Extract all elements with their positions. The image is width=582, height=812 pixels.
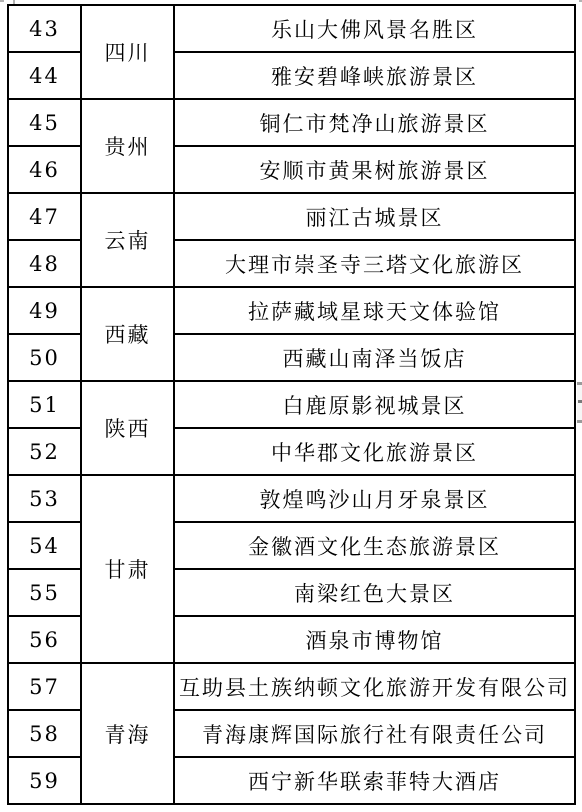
scrollbar-fragment[interactable] xyxy=(577,382,582,423)
site-name-cell: 金徽酒文化生态旅游景区 xyxy=(174,522,575,569)
province-cell: 陕西 xyxy=(81,381,174,475)
province-cell: 青海 xyxy=(81,663,174,804)
table-row: 47云南丽江古城景区 xyxy=(8,193,575,240)
province-cell: 贵州 xyxy=(81,99,174,193)
province-cell: 四川 xyxy=(81,5,174,99)
site-name-cell: 西宁新华联索菲特大酒店 xyxy=(174,757,575,804)
row-number-cell: 46 xyxy=(8,146,81,193)
cropped-border-fragment-top-left xyxy=(0,0,4,2)
site-name-cell: 西藏山南泽当饭店 xyxy=(174,334,575,381)
row-number-cell: 53 xyxy=(8,475,81,522)
row-number-cell: 52 xyxy=(8,428,81,475)
site-name-cell: 拉萨藏域星球天文体验馆 xyxy=(174,287,575,334)
row-number-cell: 43 xyxy=(8,5,81,52)
row-number-cell: 50 xyxy=(8,334,81,381)
row-number-cell: 58 xyxy=(8,710,81,757)
row-number-cell: 47 xyxy=(8,193,81,240)
table-row: 57青海互助县土族纳顿文化旅游开发有限公司 xyxy=(8,663,575,710)
table-row: 43四川乐山大佛风景名胜区 xyxy=(8,5,575,52)
row-number-cell: 51 xyxy=(8,381,81,428)
row-number-cell: 56 xyxy=(8,616,81,663)
row-number-cell: 57 xyxy=(8,663,81,710)
site-name-cell: 酒泉市博物馆 xyxy=(174,616,575,663)
province-cell: 西藏 xyxy=(81,287,174,381)
site-name-cell: 大理市崇圣寺三塔文化旅游区 xyxy=(174,240,575,287)
site-name-cell: 雅安碧峰峡旅游景区 xyxy=(174,52,575,99)
table-row: 51陕西白鹿原影视城景区 xyxy=(8,381,575,428)
document-page: 43四川乐山大佛风景名胜区44雅安碧峰峡旅游景区45贵州铜仁市梵净山旅游景区46… xyxy=(0,0,582,812)
site-name-cell: 互助县土族纳顿文化旅游开发有限公司 xyxy=(174,663,575,710)
row-number-cell: 54 xyxy=(8,522,81,569)
site-name-cell: 南梁红色大景区 xyxy=(174,569,575,616)
province-attractions-table: 43四川乐山大佛风景名胜区44雅安碧峰峡旅游景区45贵州铜仁市梵净山旅游景区46… xyxy=(7,4,576,805)
table-row: 49西藏拉萨藏域星球天文体验馆 xyxy=(8,287,575,334)
scrollbar-thumb-icon[interactable] xyxy=(578,400,582,403)
row-number-cell: 49 xyxy=(8,287,81,334)
row-number-cell: 45 xyxy=(8,99,81,146)
row-number-cell: 48 xyxy=(8,240,81,287)
site-name-cell: 乐山大佛风景名胜区 xyxy=(174,5,575,52)
site-name-cell: 敦煌鸣沙山月牙泉景区 xyxy=(174,475,575,522)
table-row: 53甘肃敦煌鸣沙山月牙泉景区 xyxy=(8,475,575,522)
row-number-cell: 44 xyxy=(8,52,81,99)
scrollbar-cap-top-icon xyxy=(577,382,582,385)
site-name-cell: 白鹿原影视城景区 xyxy=(174,381,575,428)
row-number-cell: 55 xyxy=(8,569,81,616)
scrollbar-cap-bottom-icon xyxy=(577,420,582,423)
row-number-cell: 59 xyxy=(8,757,81,804)
site-name-cell: 中华郡文化旅游景区 xyxy=(174,428,575,475)
site-name-cell: 青海康辉国际旅行社有限责任公司 xyxy=(174,710,575,757)
site-name-cell: 丽江古城景区 xyxy=(174,193,575,240)
table-row: 45贵州铜仁市梵净山旅游景区 xyxy=(8,99,575,146)
province-cell: 云南 xyxy=(81,193,174,287)
province-cell: 甘肃 xyxy=(81,475,174,663)
site-name-cell: 安顺市黄果树旅游景区 xyxy=(174,146,575,193)
site-name-cell: 铜仁市梵净山旅游景区 xyxy=(174,99,575,146)
